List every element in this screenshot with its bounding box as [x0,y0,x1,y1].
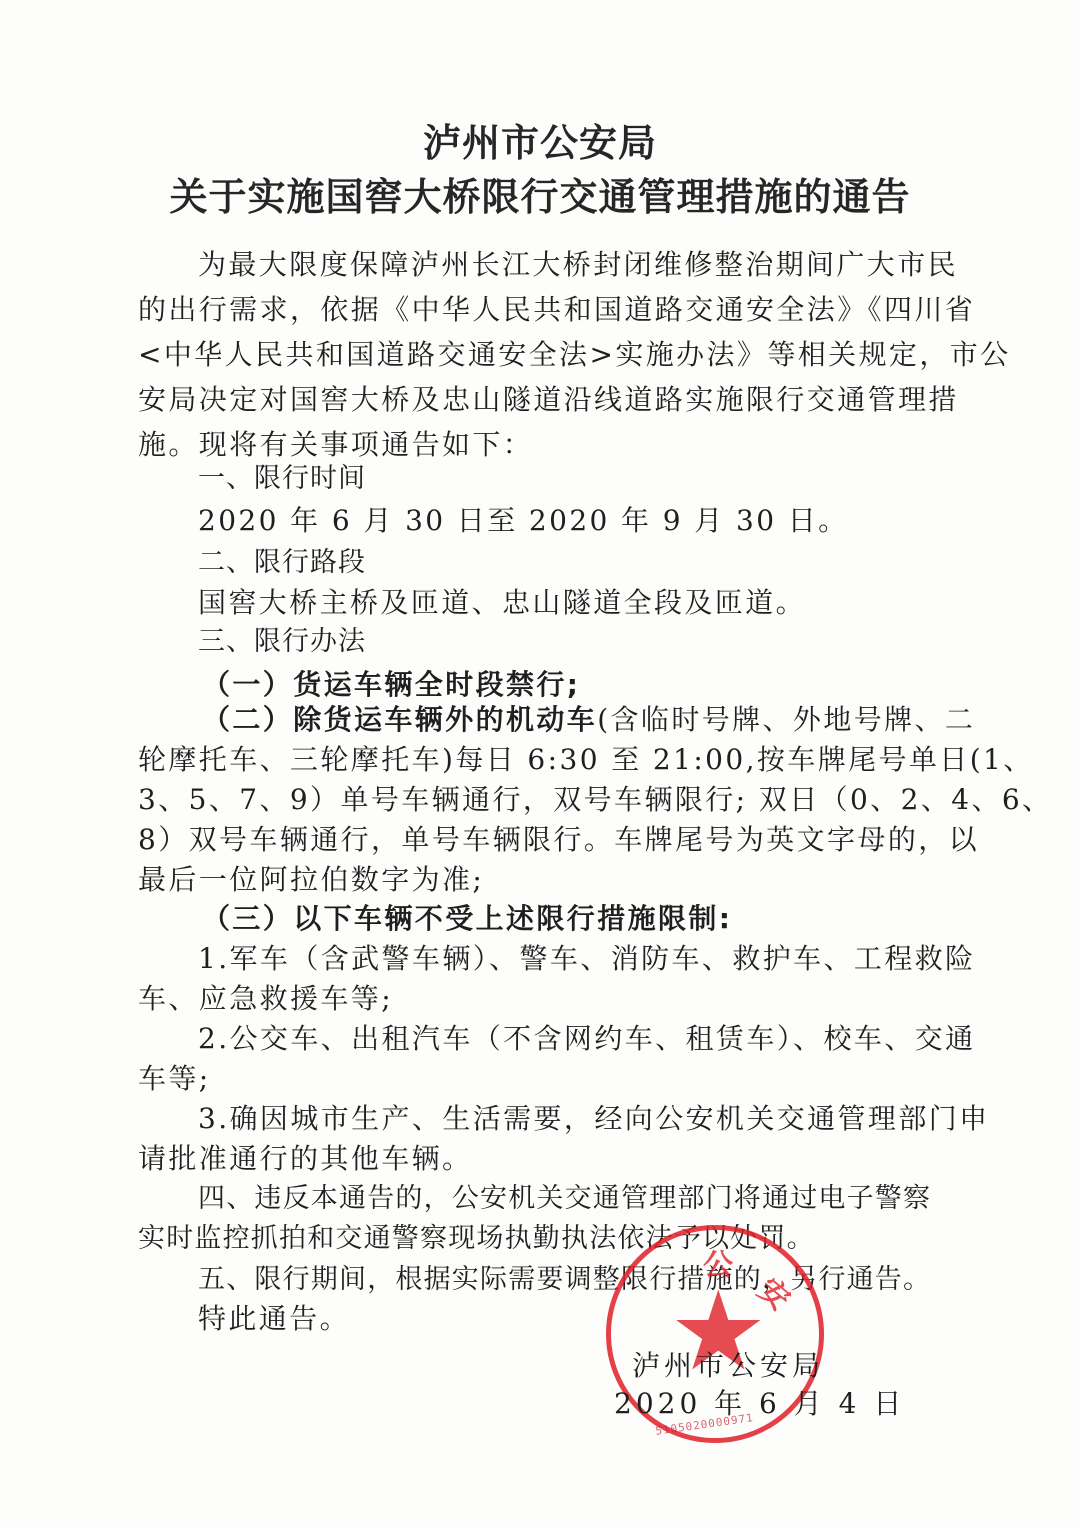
signature-date: 2020 年 6 月 4 日 [614,1382,905,1422]
section-text-road: 国窖大桥主桥及匝道、忠山隧道全段及匝道。 [198,584,998,622]
section-heading-method: 三、限行办法 [198,623,998,661]
exempt-line: 车等; [138,1060,938,1098]
section-text-time: 2020 年 6 月 30 日至 2020 年 9 月 30 日。 [198,502,998,540]
document-page: 泸州市公安局 关于实施国窖大桥限行交通管理措施的通告 为最大限度保障泸州长江大桥… [0,0,1080,1527]
rule-odd-even-heading: （二）除货运车辆外的机动车 [202,703,597,736]
closing-text: 特此通告。 [198,1300,998,1338]
rule-odd-even-line: 3、5、7、9）单号车辆通行，双号车辆限行; 双日（0、2、4、6、 [138,781,938,819]
intro-line: 的出行需求，依据《中华人民共和国道路交通安全法》《四川省 [138,291,938,329]
rule-odd-even-line: 8）双号车辆通行，单号车辆限行。车牌尾号为英文字母的，以 [138,821,938,859]
exempt-line: 3.确因城市生产、生活需要，经向公安机关交通管理部门申 [198,1100,998,1138]
rule-exemptions-heading: （三）以下车辆不受上述限行措施限制: [202,900,1002,938]
intro-line: 安局决定对国窖大桥及忠山隧道沿线道路实施限行交通管理措 [138,381,938,419]
intro-line: 施。现将有关事项通告如下： [138,426,938,464]
rule-odd-even-line: 最后一位阿拉伯数字为准; [138,861,938,899]
intro-line: <中华人民共和国道路交通安全法>实施办法》等相关规定，市公 [138,336,938,374]
exempt-line: 车、应急救援车等; [138,980,938,1018]
penalty-line: 实时监控抓拍和交通警察现场执勤执法依法予以处罚。 [138,1220,938,1258]
signature-issuer: 泸州市公安局 [632,1344,824,1384]
seal-char: 公 [703,1240,733,1284]
document-title-subject: 关于实施国窖大桥限行交通管理措施的通告 [0,166,1080,221]
rule-odd-even-line: 轮摩托车、三轮摩托车)每日 6:30 至 21:00,按车牌尾号单日(1、 [138,741,938,779]
exempt-line: 1.军车（含武警车辆）、警车、消防车、救护车、工程救险 [198,940,998,978]
exempt-line: 请批准通行的其他车辆。 [138,1140,938,1178]
rule-odd-even-text: (含临时号牌、外地号牌、二 [597,703,975,736]
intro-line: 为最大限度保障泸州长江大桥封闭维修整治期间广大市民 [198,246,998,284]
penalty-line: 四、违反本通告的，公安机关交通管理部门将通过电子警察 [198,1180,998,1218]
rule-freight-ban: （一）货运车辆全时段禁行; [202,666,1002,704]
exempt-line: 2.公交车、出租汽车（不含网约车、租赁车）、校车、交通 [198,1020,998,1058]
adjustment-notice: 五、限行期间，根据实际需要调整限行措施的，另行通告。 [198,1261,998,1299]
section-heading-road: 二、限行路段 [198,544,998,582]
section-heading-time: 一、限行时间 [198,460,998,498]
rule-odd-even-line: （二）除货运车辆外的机动车(含临时号牌、外地号牌、二 [202,701,1002,739]
document-title-issuer: 泸州市公安局 [0,112,1080,167]
